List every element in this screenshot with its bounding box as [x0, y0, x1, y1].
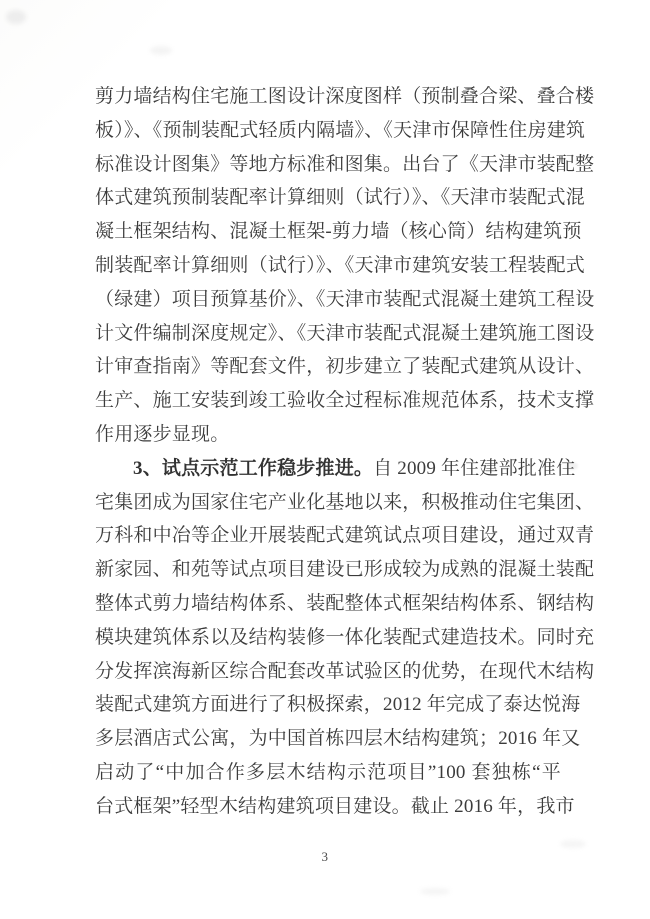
text-line: 板）》、《预制装配式轻质内隔墙》、《天津市保障性住房建筑: [95, 114, 561, 148]
text-line: 万科和中冶等企业开展装配式建筑试点项目建设，通过双青: [95, 519, 561, 553]
text-line: 启动了“中加合作多层木结构示范项目”100 套独栋“平: [95, 756, 561, 790]
text-line: 宅集团成为国家住宅产业化基地以来，积极推动住宅集团、: [95, 486, 561, 520]
text-line: 作用逐步显现。: [95, 418, 561, 452]
text-line: 制装配率计算细则（试行）》、《天津市建筑安装工程装配式: [95, 249, 561, 283]
text-line: 计文件编制深度规定》、《天津市装配式混凝土建筑施工图设: [95, 317, 561, 351]
scan-smudge: [6, 10, 26, 24]
text-line: 台式框架”轻型木结构建筑项目建设。截止 2016 年，我市: [95, 790, 561, 824]
text-line: 体式建筑预制装配率计算细则（试行）》、《天津市装配式混: [95, 181, 561, 215]
text-line: 剪力墙结构住宅施工图设计深度图样（预制叠合梁、叠合楼: [95, 80, 561, 114]
text-line-segment: 自 2009 年住建部批准住: [373, 458, 575, 479]
scan-smudge: [560, 840, 586, 848]
text-line: 装配式建筑方面进行了积极探索，2012 年完成了泰达悦海: [95, 688, 561, 722]
text-line: 新家园、和苑等试点项目建设已形成较为成熟的混凝土装配: [95, 553, 561, 587]
text-line: 3、试点示范工作稳步推进。自 2009 年住建部批准住: [95, 452, 561, 486]
text-line: 分发挥滨海新区综合配套改革试验区的优势，在现代木结构: [95, 655, 561, 689]
section-heading: 3、试点示范工作稳步推进。: [133, 458, 373, 479]
text-line: 计审查指南》等配套文件，初步建立了装配式建筑从设计、: [95, 350, 561, 384]
text-line: 整体式剪力墙结构体系、装配整体式框架结构体系、钢结构: [95, 587, 561, 621]
text-line: 凝土框架结构、混凝土框架-剪力墙（核心筒）结构建筑预: [95, 215, 561, 249]
scan-smudge: [420, 888, 450, 895]
scan-smudge: [150, 46, 172, 55]
text-line: 多层酒店式公寓，为中国首栋四层木结构建筑；2016 年又: [95, 722, 561, 756]
text-line: 模块建筑体系以及结构装修一体化装配式建造技术。同时充: [95, 621, 561, 655]
body-text: 剪力墙结构住宅施工图设计深度图样（预制叠合梁、叠合楼板）》、《预制装配式轻质内隔…: [95, 80, 561, 824]
text-line: 标准设计图集》等地方标准和图集。出台了《天津市装配整: [95, 148, 561, 182]
page-number: 3: [0, 849, 650, 865]
text-line: 生产、施工安装到竣工验收全过程标准规范体系，技术支撑: [95, 384, 561, 418]
document-page: 剪力墙结构住宅施工图设计深度图样（预制叠合梁、叠合楼板）》、《预制装配式轻质内隔…: [0, 0, 650, 919]
text-line: （绿建）项目预算基价》、《天津市装配式混凝土建筑工程设: [95, 283, 561, 317]
